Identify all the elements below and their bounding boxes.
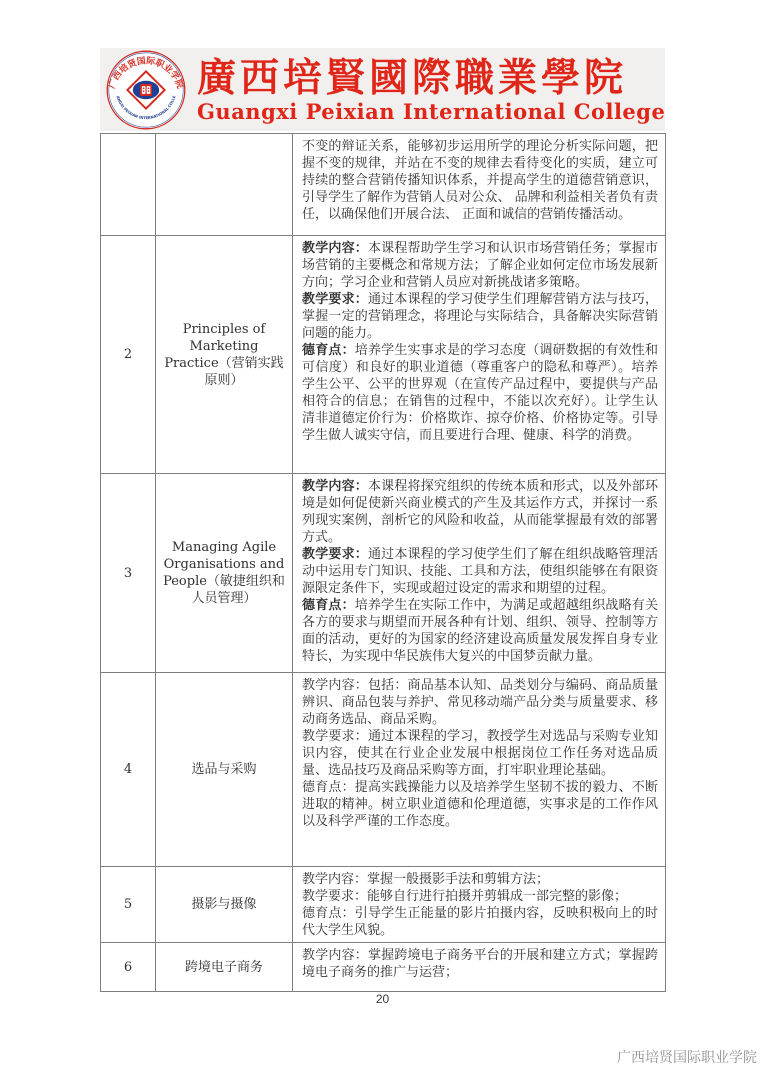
paragraph-label: 德育点： (302, 343, 355, 358)
college-title-block: 廣西培賢國際職業學院 Guangxi Peixian International… (197, 56, 665, 123)
description-paragraph: 教学内容：本课程帮助学生学习和认识市场营销任务；掌握市场营销的主要概念和常规方法… (302, 240, 658, 291)
paragraph-text: 德育点：提高实践操能力以及培养学生坚韧不拔的毅力、不断进取的精神。树立职业道德和… (302, 780, 658, 829)
paragraph-label: 教学内容： (302, 479, 368, 494)
table-row: 3Managing Agile Organisations and People… (101, 474, 666, 673)
course-name-cell: 跨境电子商务 (156, 943, 293, 992)
table-row: 6跨境电子商务教学内容：掌握跨境电子商务平台的开展和建立方式；掌握跨境电子商务的… (101, 943, 666, 992)
watermark-text: 广西培贤国际职业学院 (617, 1047, 757, 1067)
college-name-zh: 廣西培賢國際職業學院 (197, 56, 665, 100)
description-paragraph: 德育点：培养学生在实际工作中，为满足或超越组织战略有关各方的要求与期望而开展各种… (302, 597, 658, 665)
description-paragraph: 不变的辩证关系，能够初步运用所学的理论分析实际问题，把握不变的规律，并站在不变的… (302, 138, 658, 223)
course-description-cell: 教学内容：掌握跨境电子商务平台的开展和建立方式；掌握跨境电子商务的推广与运营； (293, 943, 666, 992)
course-description-cell: 不变的辩证关系，能够初步运用所学的理论分析实际问题，把握不变的规律，并站在不变的… (293, 134, 666, 236)
description-paragraph: 教学内容：掌握跨境电子商务平台的开展和建立方式；掌握跨境电子商务的推广与运营； (302, 947, 658, 981)
description-paragraph: 德育点：引导学生正能量的影片拍摄内容，反映积极向上的时代大学生风貌。 (302, 905, 658, 939)
college-header: 广西培贤国际职业学院 GUANGXI PEIXIAN INTERNATIONAL… (100, 48, 665, 131)
description-paragraph: 教学内容：掌握一般摄影手法和剪辑方法； (302, 871, 658, 888)
paragraph-text: 教学内容：掌握跨境电子商务平台的开展和建立方式；掌握跨境电子商务的推广与运营； (302, 948, 658, 980)
paragraph-text: 德育点：引导学生正能量的影片拍摄内容，反映积极向上的时代大学生风貌。 (302, 906, 658, 938)
paragraph-label: 教学内容： (302, 241, 368, 256)
course-name-cell: Managing Agile Organisations and People（… (156, 474, 293, 673)
description-paragraph: 教学内容：包括：商品基本认知、品类划分与编码、商品质量辨识、商品包装与养护、常见… (302, 677, 658, 728)
course-description-cell: 教学内容：包括：商品基本认知、品类划分与编码、商品质量辨识、商品包装与养护、常见… (293, 673, 666, 867)
table-row: 5摄影与摄像教学内容：掌握一般摄影手法和剪辑方法；教学要求：能够自行进行拍摄并剪… (101, 867, 666, 943)
row-number-cell: 4 (101, 673, 156, 867)
description-paragraph: 德育点：培养学生实事求是的学习态度（调研数据的有效性和可信度）和良好的职业道德（… (302, 342, 658, 444)
course-description-cell: 教学内容：掌握一般摄影手法和剪辑方法；教学要求：能够自行进行拍摄并剪辑成一部完整… (293, 867, 666, 943)
description-paragraph: 教学要求：通过本课程的学习使学生们理解营销方法与技巧，掌握一定的营销理念，将理论… (302, 291, 658, 342)
description-paragraph: 教学要求：能够自行进行拍摄并剪辑成一部完整的影像； (302, 888, 658, 905)
paragraph-text: 培养学生在实际工作中，为满足或超越组织战略有关各方的要求与期望而开展各种有计划、… (302, 598, 658, 664)
course-description-cell: 教学内容：本课程帮助学生学习和认识市场营销任务；掌握市场营销的主要概念和常规方法… (293, 236, 666, 474)
paragraph-text: 不变的辩证关系，能够初步运用所学的理论分析实际问题，把握不变的规律，并站在不变的… (302, 139, 658, 222)
table-row: 不变的辩证关系，能够初步运用所学的理论分析实际问题，把握不变的规律，并站在不变的… (101, 134, 666, 236)
course-table-wrap: 不变的辩证关系，能够初步运用所学的理论分析实际问题，把握不变的规律，并站在不变的… (100, 133, 665, 992)
row-number-cell: 6 (101, 943, 156, 992)
paragraph-label: 德育点： (302, 598, 355, 613)
row-number-cell (101, 134, 156, 236)
table-row: 4选品与采购教学内容：包括：商品基本认知、品类划分与编码、商品质量辨识、商品包装… (101, 673, 666, 867)
page-number: 20 (100, 992, 665, 1006)
row-number-cell: 2 (101, 236, 156, 474)
course-table-body: 不变的辩证关系，能够初步运用所学的理论分析实际问题，把握不变的规律，并站在不变的… (101, 134, 666, 992)
row-number-cell: 3 (101, 474, 156, 673)
paragraph-text: 培养学生实事求是的学习态度（调研数据的有效性和可信度）和良好的职业道德（尊重客户… (302, 343, 658, 443)
college-name-en: Guangxi Peixian International College (197, 100, 665, 123)
table-row: 2Principles of Marketing Practice（营销实践原则… (101, 236, 666, 474)
paragraph-text: 教学内容：包括：商品基本认知、品类划分与编码、商品质量辨识、商品包装与养护、常见… (302, 678, 658, 727)
course-table: 不变的辩证关系，能够初步运用所学的理论分析实际问题，把握不变的规律，并站在不变的… (100, 133, 666, 992)
description-paragraph: 教学内容：本课程将探究组织的传统本质和形式，以及外部环境是如何促使新兴商业模式的… (302, 478, 658, 546)
row-number-cell: 5 (101, 867, 156, 943)
course-name-cell: 摄影与摄像 (156, 867, 293, 943)
course-name-cell: Principles of Marketing Practice（营销实践原则） (156, 236, 293, 474)
description-paragraph: 教学要求：通过本课程的学习使学生们了解在组织战略管理活动中运用专门知识、技能、工… (302, 546, 658, 597)
paragraph-text: 教学内容：掌握一般摄影手法和剪辑方法； (302, 872, 549, 887)
course-description-cell: 教学内容：本课程将探究组织的传统本质和形式，以及外部环境是如何促使新兴商业模式的… (293, 474, 666, 673)
paragraph-text: 教学要求：能够自行进行拍摄并剪辑成一部完整的影像； (302, 889, 627, 904)
description-paragraph: 教学要求：通过本课程的学习，教授学生对选品与采购专业知识内容，使其在行业企业发展… (302, 728, 658, 779)
paragraph-label: 教学要求： (302, 547, 368, 562)
paragraph-text: 教学要求：通过本课程的学习，教授学生对选品与采购专业知识内容，使其在行业企业发展… (302, 729, 658, 778)
college-logo: 广西培贤国际职业学院 GUANGXI PEIXIAN INTERNATIONAL… (105, 50, 187, 130)
college-seal-icon: 广西培贤国际职业学院 GUANGXI PEIXIAN INTERNATIONAL… (105, 50, 187, 130)
course-name-cell: 选品与采购 (156, 673, 293, 867)
paragraph-label: 教学要求： (302, 292, 368, 307)
description-paragraph: 德育点：提高实践操能力以及培养学生坚韧不拔的毅力、不断进取的精神。树立职业道德和… (302, 779, 658, 830)
course-name-cell (156, 134, 293, 236)
